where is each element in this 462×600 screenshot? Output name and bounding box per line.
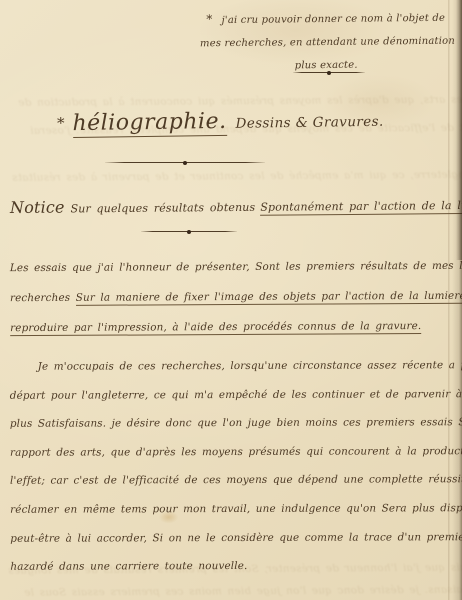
text-line: départ pour l'angleterre, ce qui m'a emp… (10, 380, 460, 410)
bleed-through-text: rapport des arts, que d'après les moyens… (18, 93, 462, 108)
document-title: * héliographie. Dessins & Gravures. (57, 107, 384, 139)
text-line: hazardé dans une carriere toute nouvelle… (10, 551, 460, 581)
divider-dot (327, 71, 331, 75)
notice-underlined-text: Spontanément par l'action de la lumière. (260, 199, 462, 216)
notice-heading: NoticeSur quelques résultats obtenusSpon… (10, 194, 458, 217)
asterisk-mark: * (206, 12, 212, 26)
divider-ornament (141, 230, 237, 233)
text-line: réclamer en même tems pour mon travail, … (10, 494, 460, 524)
marginal-note-line: mes recherches, en attendant une dénomin… (200, 30, 452, 56)
text-line: reproduire par l'impression, à l'aide de… (10, 311, 460, 343)
notice-lead-word: Notice (10, 197, 65, 216)
underlined-text: Sur la maniere de fixer l'image des obje… (76, 290, 462, 306)
text-line: peut-être à lui accorder, Si on ne le co… (10, 523, 460, 553)
bleed-through-text: plus Satisfaisans. je désire donc que l'… (24, 583, 462, 598)
marginal-note-line: plus exacte. (200, 53, 452, 79)
divider-dot (183, 161, 187, 165)
text-line: Les essais que j'ai l'honneur de présent… (10, 251, 460, 283)
divider-ornament (293, 71, 365, 74)
paragraph: Je m'occupais de ces recherches, lorsqu'… (10, 351, 461, 581)
title-word: héliographie. (72, 109, 226, 138)
divider-dot (187, 230, 191, 234)
text-line: recherches Sur la maniere de fixer l'ima… (10, 281, 460, 313)
paragraph: Les essais que j'ai l'honneur de présent… (10, 251, 460, 343)
text-line: rapport des arts, que d'après les moyens… (10, 437, 460, 467)
marginal-note: *j'ai cru pouvoir donner ce nom à l'obje… (200, 6, 453, 79)
marginal-note-line: *j'ai cru pouvoir donner ce nom à l'obje… (200, 6, 452, 33)
page-edge-shadow (456, 0, 462, 260)
title-subtitle: Dessins & Gravures. (235, 114, 383, 132)
text-line: plus Satisfaisans. je désire donc que l'… (10, 408, 460, 438)
bleed-through-text: départ pour l'angleterre, ce qui m'a emp… (12, 168, 462, 184)
text-line: l'effet; car c'est de l'efficacité de ce… (10, 466, 460, 496)
manuscript-page: rapport des arts, que d'après les moyens… (0, 0, 462, 600)
text-line: Je m'occupais de ces recherches, lorsqu'… (10, 351, 460, 381)
asterisk-mark: * (57, 114, 65, 132)
notice-text: Sur quelques résultats obtenus (70, 201, 255, 216)
underlined-text: reproduire par l'impression, à l'aide de… (10, 320, 421, 336)
divider-ornament (105, 161, 265, 164)
